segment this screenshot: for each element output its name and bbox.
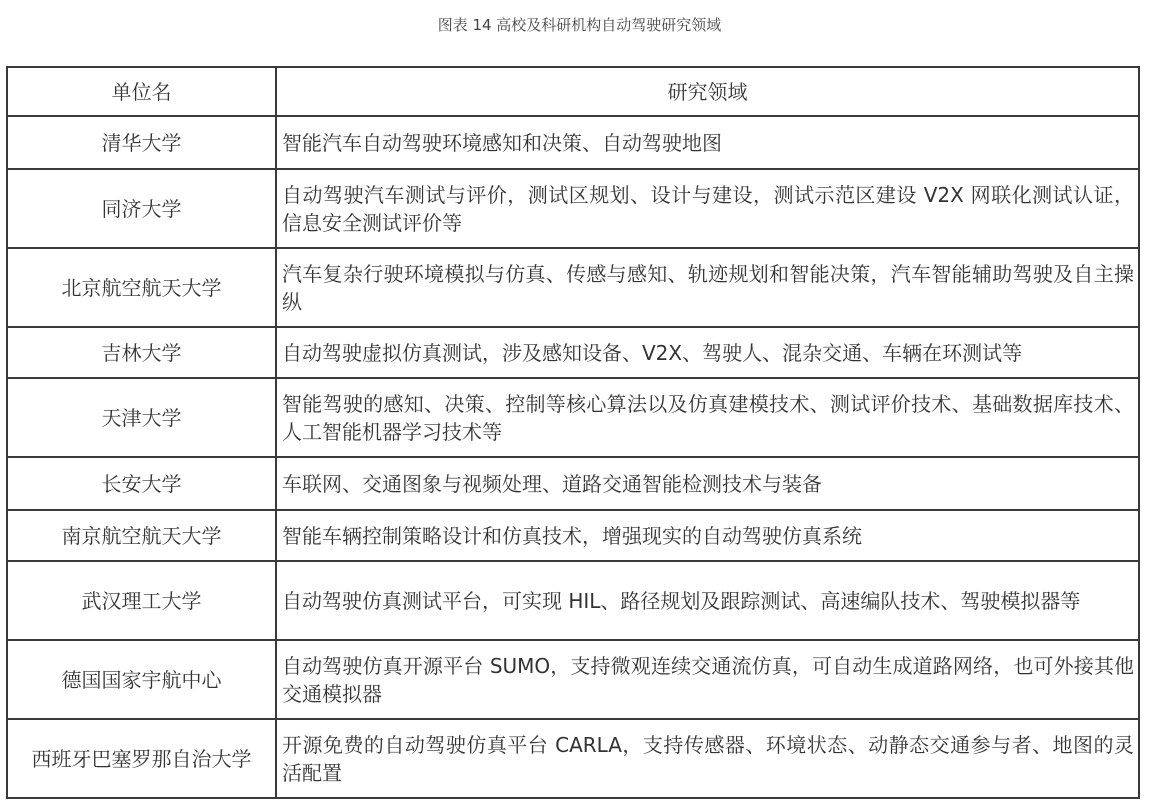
table-header-row: 单位名 研究领域 bbox=[7, 67, 1139, 116]
research-field: 智能车辆控制策略设计和仿真技术，增强现实的自动驾驶仿真系统 bbox=[276, 510, 1139, 561]
institution-name: 天津大学 bbox=[7, 378, 276, 457]
research-field: 智能汽车自动驾驶环境感知和决策、自动驾驶地图 bbox=[276, 116, 1139, 169]
table-row: 天津大学 智能驾驶的感知、决策、控制等核心算法以及仿真建模技术、测试评价技术、基… bbox=[7, 378, 1139, 457]
research-field: 自动驾驶仿真测试平台，可实现 HIL、路径规划及跟踪测试、高速编队技术、驾驶模拟… bbox=[276, 561, 1139, 640]
institution-name: 同济大学 bbox=[7, 169, 276, 248]
table-row: 武汉理工大学 自动驾驶仿真测试平台，可实现 HIL、路径规划及跟踪测试、高速编队… bbox=[7, 561, 1139, 640]
research-field: 智能驾驶的感知、决策、控制等核心算法以及仿真建模技术、测试评价技术、基础数据库技… bbox=[276, 378, 1139, 457]
institution-name: 南京航空航天大学 bbox=[7, 510, 276, 561]
table-row: 北京航空航天大学 汽车复杂行驶环境模拟与仿真、传感与感知、轨迹规划和智能决策，汽… bbox=[7, 248, 1139, 327]
institution-name: 清华大学 bbox=[7, 116, 276, 169]
institution-name: 武汉理工大学 bbox=[7, 561, 276, 640]
research-field: 自动驾驶汽车测试与评价，测试区规划、设计与建设，测试示范区建设 V2X 网联化测… bbox=[276, 169, 1139, 248]
table-row: 长安大学 车联网、交通图象与视频处理、道路交通智能检测技术与装备 bbox=[7, 457, 1139, 510]
research-fields-table: 单位名 研究领域 清华大学 智能汽车自动驾驶环境感知和决策、自动驾驶地图 同济大… bbox=[6, 66, 1140, 799]
header-institution-name: 单位名 bbox=[7, 67, 276, 116]
header-research-field: 研究领域 bbox=[276, 67, 1139, 116]
table-row: 德国国家宇航中心 自动驾驶仿真开源平台 SUMO，支持微观连续交通流仿真，可自动… bbox=[7, 640, 1139, 719]
table-row: 清华大学 智能汽车自动驾驶环境感知和决策、自动驾驶地图 bbox=[7, 116, 1139, 169]
table-row: 西班牙巴塞罗那自治大学 开源免费的自动驾驶仿真平台 CARLA，支持传感器、环境… bbox=[7, 719, 1139, 798]
research-field: 车联网、交通图象与视频处理、道路交通智能检测技术与装备 bbox=[276, 457, 1139, 510]
research-field: 汽车复杂行驶环境模拟与仿真、传感与感知、轨迹规划和智能决策，汽车智能辅助驾驶及自… bbox=[276, 248, 1139, 327]
institution-name: 西班牙巴塞罗那自治大学 bbox=[7, 719, 276, 798]
research-field: 自动驾驶虚拟仿真测试，涉及感知设备、V2X、驾驶人、混杂交通、车辆在环测试等 bbox=[276, 327, 1139, 378]
institution-name: 北京航空航天大学 bbox=[7, 248, 276, 327]
table-row: 南京航空航天大学 智能车辆控制策略设计和仿真技术，增强现实的自动驾驶仿真系统 bbox=[7, 510, 1139, 561]
table-caption: 图表 14 高校及科研机构自动驾驶研究领域 bbox=[0, 14, 1159, 36]
research-field: 自动驾驶仿真开源平台 SUMO，支持微观连续交通流仿真，可自动生成道路网络，也可… bbox=[276, 640, 1139, 719]
table-row: 吉林大学 自动驾驶虚拟仿真测试，涉及感知设备、V2X、驾驶人、混杂交通、车辆在环… bbox=[7, 327, 1139, 378]
institution-name: 长安大学 bbox=[7, 457, 276, 510]
institution-name: 德国国家宇航中心 bbox=[7, 640, 276, 719]
institution-name: 吉林大学 bbox=[7, 327, 276, 378]
research-field: 开源免费的自动驾驶仿真平台 CARLA，支持传感器、环境状态、动静态交通参与者、… bbox=[276, 719, 1139, 798]
table-row: 同济大学 自动驾驶汽车测试与评价，测试区规划、设计与建设，测试示范区建设 V2X… bbox=[7, 169, 1139, 248]
